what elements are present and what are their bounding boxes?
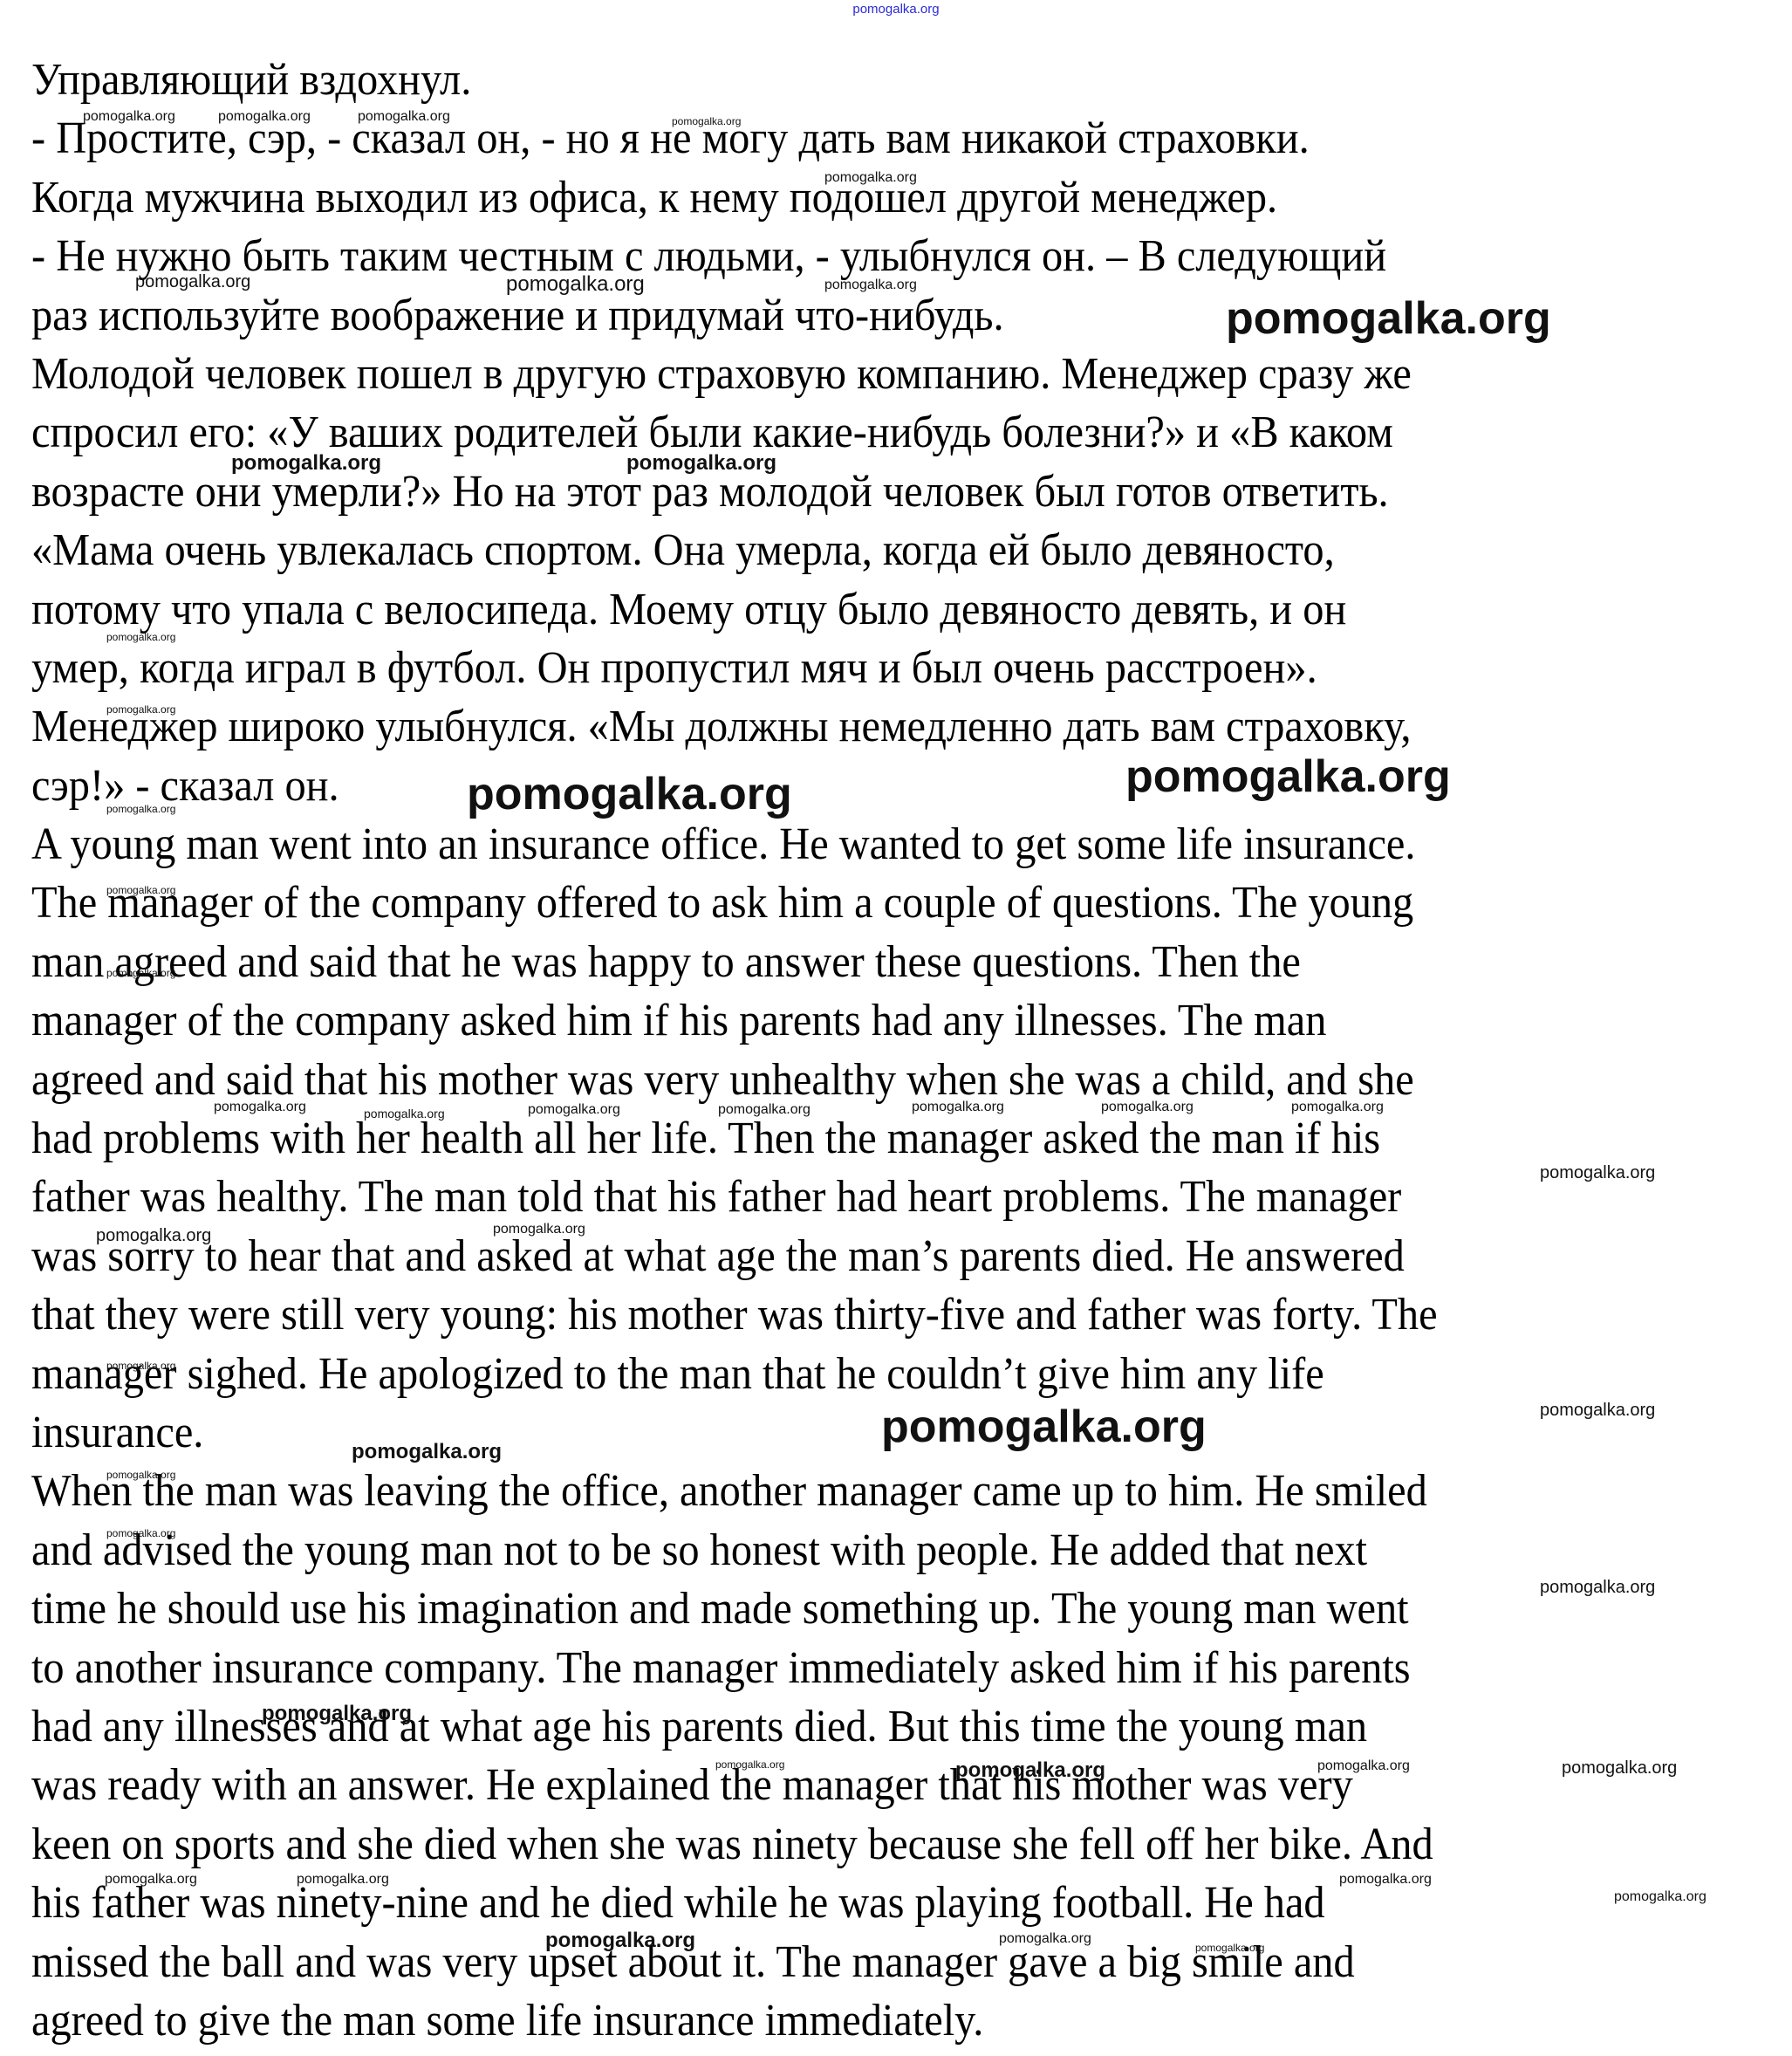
ru-line: потому что упала с велосипеда. Моему отц… xyxy=(31,580,1646,639)
ru-line: «Мама очень увлекалась спортом. Она умер… xyxy=(31,521,1646,579)
watermark: pomogalka.org xyxy=(1317,1758,1410,1774)
watermark: pomogalka.org xyxy=(999,1931,1091,1947)
watermark: pomogalka.org xyxy=(106,884,175,896)
watermark: pomogalka.org xyxy=(912,1100,1004,1115)
watermark: pomogalka.org xyxy=(218,109,311,125)
watermark: pomogalka.org xyxy=(106,1469,175,1481)
watermark: pomogalka.org xyxy=(1125,750,1451,803)
en-line: insurance. xyxy=(31,1403,1646,1462)
header-watermark: pomogalka.org xyxy=(0,0,1792,19)
watermark: pomogalka.org xyxy=(493,1222,585,1237)
watermark: pomogalka.org xyxy=(955,1758,1105,1783)
watermark: pomogalka.org xyxy=(626,451,776,476)
watermark: pomogalka.org xyxy=(824,170,917,186)
watermark: pomogalka.org xyxy=(1562,1758,1677,1778)
watermark: pomogalka.org xyxy=(1195,1942,1264,1954)
watermark: pomogalka.org xyxy=(467,768,792,820)
en-line: and advised the young man not to be so h… xyxy=(31,1521,1646,1580)
watermark: pomogalka.org xyxy=(1540,1401,1655,1421)
watermark: pomogalka.org xyxy=(106,1360,175,1372)
watermark: pomogalka.org xyxy=(364,1107,445,1121)
watermark: pomogalka.org xyxy=(881,1401,1207,1453)
en-line: When the man was leaving the office, ano… xyxy=(31,1462,1646,1520)
watermark: pomogalka.org xyxy=(96,1226,211,1246)
ru-line: умер, когда играл в футбол. Он пропустил… xyxy=(31,639,1646,697)
watermark: pomogalka.org xyxy=(262,1702,412,1726)
en-line: A young man went into an insurance offic… xyxy=(31,815,1646,874)
en-line: keen on sports and she died when she was… xyxy=(31,1815,1646,1874)
watermark: pomogalka.org xyxy=(506,272,645,297)
watermark: pomogalka.org xyxy=(106,631,175,643)
en-line: missed the ball and was very upset about… xyxy=(31,1933,1646,1991)
en-line: was sorry to hear that and asked at what… xyxy=(31,1227,1646,1285)
watermark: pomogalka.org xyxy=(1101,1100,1194,1115)
watermark: pomogalka.org xyxy=(231,451,381,476)
watermark: pomogalka.org xyxy=(105,1872,197,1888)
watermark: pomogalka.org xyxy=(672,115,741,127)
watermark: pomogalka.org xyxy=(528,1102,620,1118)
en-line: man agreed and said that he was happy to… xyxy=(31,933,1646,991)
watermark: pomogalka.org xyxy=(824,278,917,293)
watermark: pomogalka.org xyxy=(1291,1100,1384,1115)
watermark: pomogalka.org xyxy=(214,1100,306,1115)
watermark: pomogalka.org xyxy=(106,1527,175,1539)
watermark: pomogalka.org xyxy=(545,1929,695,1953)
watermark: pomogalka.org xyxy=(715,1758,784,1771)
watermark: pomogalka.org xyxy=(106,703,175,716)
en-line: to another insurance company. The manage… xyxy=(31,1639,1646,1697)
ru-line: Менеджер широко улыбнулся. «Мы должны не… xyxy=(31,697,1646,756)
ru-line: Молодой человек пошел в другую страховую… xyxy=(31,345,1646,403)
watermark: pomogalka.org xyxy=(358,109,450,125)
watermark: pomogalka.org xyxy=(106,967,175,979)
watermark: pomogalka.org xyxy=(718,1102,811,1118)
document-body: Управляющий вздохнул. - Простите, сэр, -… xyxy=(31,51,1646,2050)
watermark: pomogalka.org xyxy=(1540,1163,1655,1183)
watermark: pomogalka.org xyxy=(1226,292,1551,345)
en-line: manager of the company asked him if his … xyxy=(31,991,1646,1050)
watermark: pomogalka.org xyxy=(83,109,175,125)
watermark: pomogalka.org xyxy=(106,803,175,815)
watermark: pomogalka.org xyxy=(297,1872,389,1888)
watermark: pomogalka.org xyxy=(352,1440,502,1464)
watermark: pomogalka.org xyxy=(1339,1872,1432,1888)
en-line: The manager of the company offered to as… xyxy=(31,874,1646,932)
en-line: time he should use his imagination and m… xyxy=(31,1580,1646,1638)
en-line: father was healthy. The man told that hi… xyxy=(31,1168,1646,1226)
watermark: pomogalka.org xyxy=(1540,1578,1655,1598)
en-line: that they were still very young: his mot… xyxy=(31,1285,1646,1344)
ru-line: Управляющий вздохнул. xyxy=(31,51,1646,109)
en-line: agreed to give the man some life insuran… xyxy=(31,1991,1646,2050)
watermark: pomogalka.org xyxy=(135,272,250,292)
en-line: had problems with her health all her lif… xyxy=(31,1109,1646,1168)
en-line: manager sighed. He apologized to the man… xyxy=(31,1345,1646,1403)
watermark: pomogalka.org xyxy=(1614,1889,1707,1905)
